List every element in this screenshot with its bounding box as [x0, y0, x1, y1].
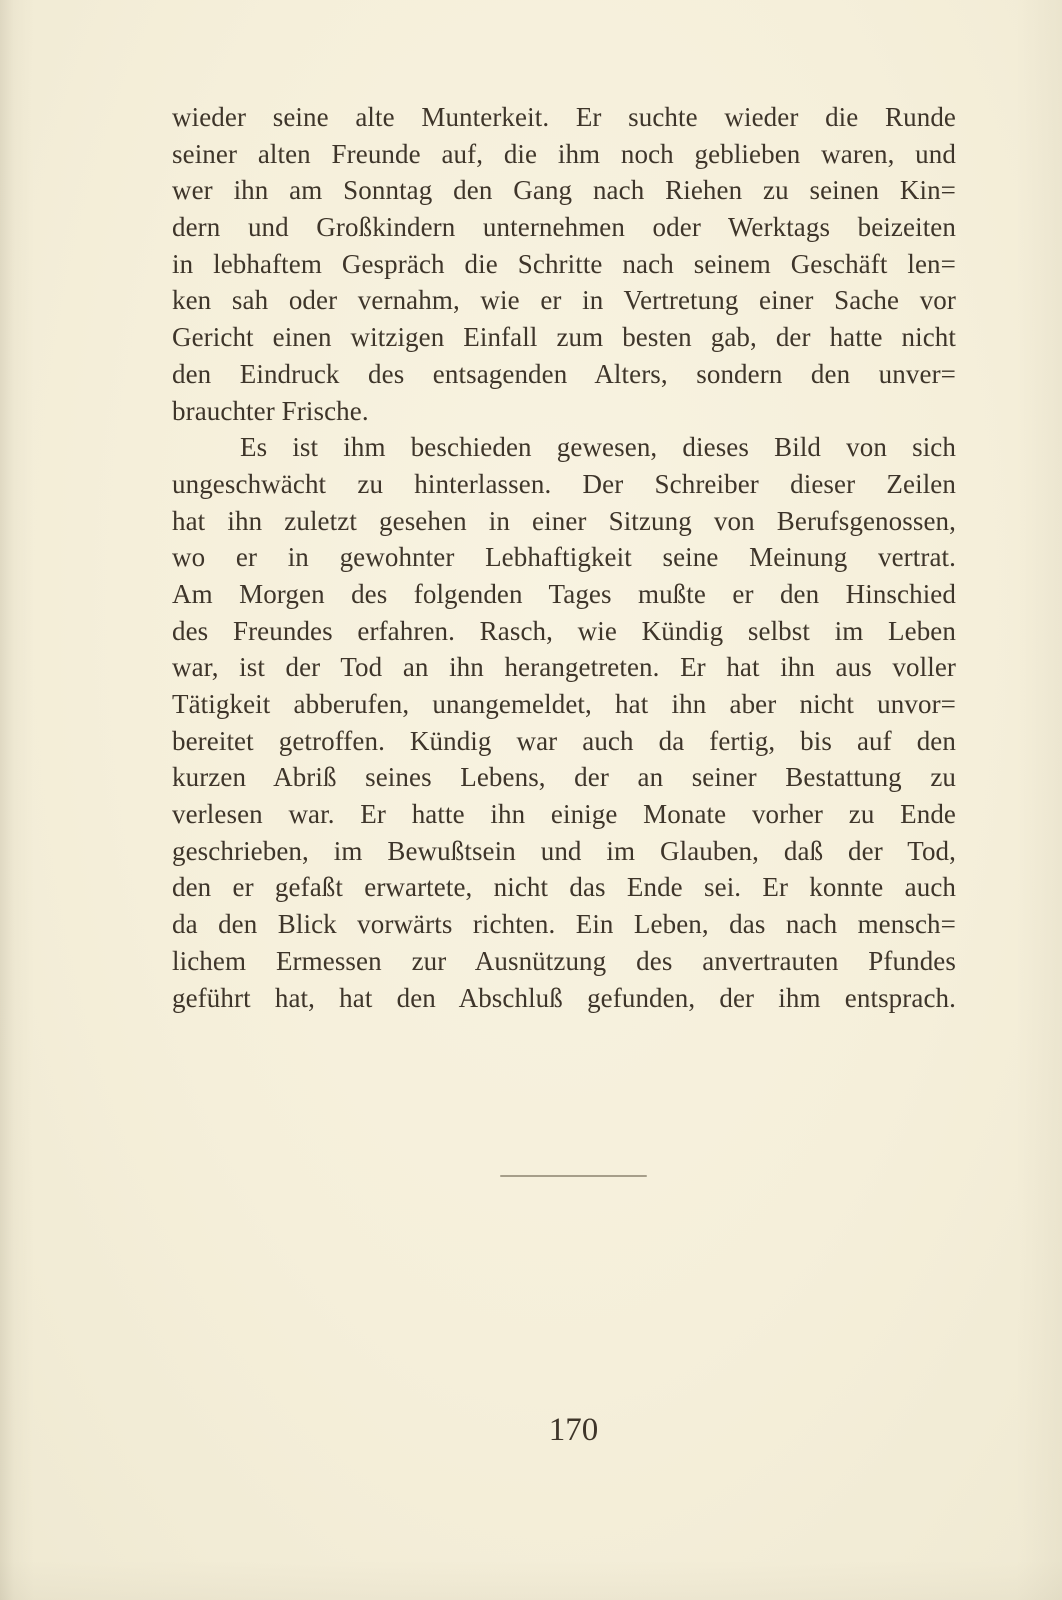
text-line: Tätigkeit abberufen, unangemeldet, hat i… — [172, 686, 956, 723]
text-line: Am Morgen des folgenden Tages mußte er d… — [172, 576, 956, 613]
text-line: hat ihn zuletzt gesehen in einer Sitzung… — [172, 503, 956, 540]
text-line: wieder seine alte Munterkeit. Er suchte … — [172, 99, 956, 136]
text-line: verlesen war. Er hatte ihn einige Monate… — [172, 796, 956, 833]
text-line: war, ist der Tod an ihn herangetreten. E… — [172, 649, 956, 686]
text-line: dern und Großkindern unternehmen oder We… — [172, 209, 956, 246]
paragraph: wieder seine alte Munterkeit. Er suchte … — [172, 99, 956, 429]
text-line: lichem Ermessen zur Ausnützung des anver… — [172, 943, 956, 980]
text-line: ken sah oder vernahm, wie er in Vertretu… — [172, 282, 956, 319]
text-line: des Freundes erfahren. Rasch, wie Kündig… — [172, 613, 956, 650]
text-line: Es ist ihm beschieden gewesen, dieses Bi… — [172, 429, 956, 466]
text-line: in lebhaftem Gespräch die Schritte nach … — [172, 246, 956, 283]
text-line: kurzen Abriß seines Lebens, der an seine… — [172, 759, 956, 796]
text-line: brauchter Frische. — [172, 393, 956, 430]
paragraph: Es ist ihm beschieden gewesen, dieses Bi… — [172, 429, 956, 1016]
text-line: geführt hat, hat den Abschluß gefunden, … — [172, 980, 956, 1017]
book-page: wieder seine alte Munterkeit. Er suchte … — [0, 0, 1062, 1600]
section-divider-rule — [500, 1175, 647, 1177]
page-number: 170 — [500, 1412, 647, 1448]
text-line: den Eindruck des entsagenden Alters, son… — [172, 356, 956, 393]
text-line: seiner alten Freunde auf, die ihm noch g… — [172, 136, 956, 173]
text-line: geschrieben, im Bewußtsein und im Glaube… — [172, 833, 956, 870]
text-line: den er gefaßt erwartete, nicht das Ende … — [172, 869, 956, 906]
page-text: wieder seine alte Munterkeit. Er suchte … — [172, 99, 956, 1016]
text-line: da den Blick vorwärts richten. Ein Leben… — [172, 906, 956, 943]
text-line: ungeschwächt zu hinterlassen. Der Schrei… — [172, 466, 956, 503]
text-line: wo er in gewohnter Lebhaftigkeit seine M… — [172, 539, 956, 576]
text-line: bereitet getroffen. Kündig war auch da f… — [172, 723, 956, 760]
text-line: Gericht einen witzigen Einfall zum beste… — [172, 319, 956, 356]
text-line: wer ihn am Sonntag den Gang nach Riehen … — [172, 172, 956, 209]
